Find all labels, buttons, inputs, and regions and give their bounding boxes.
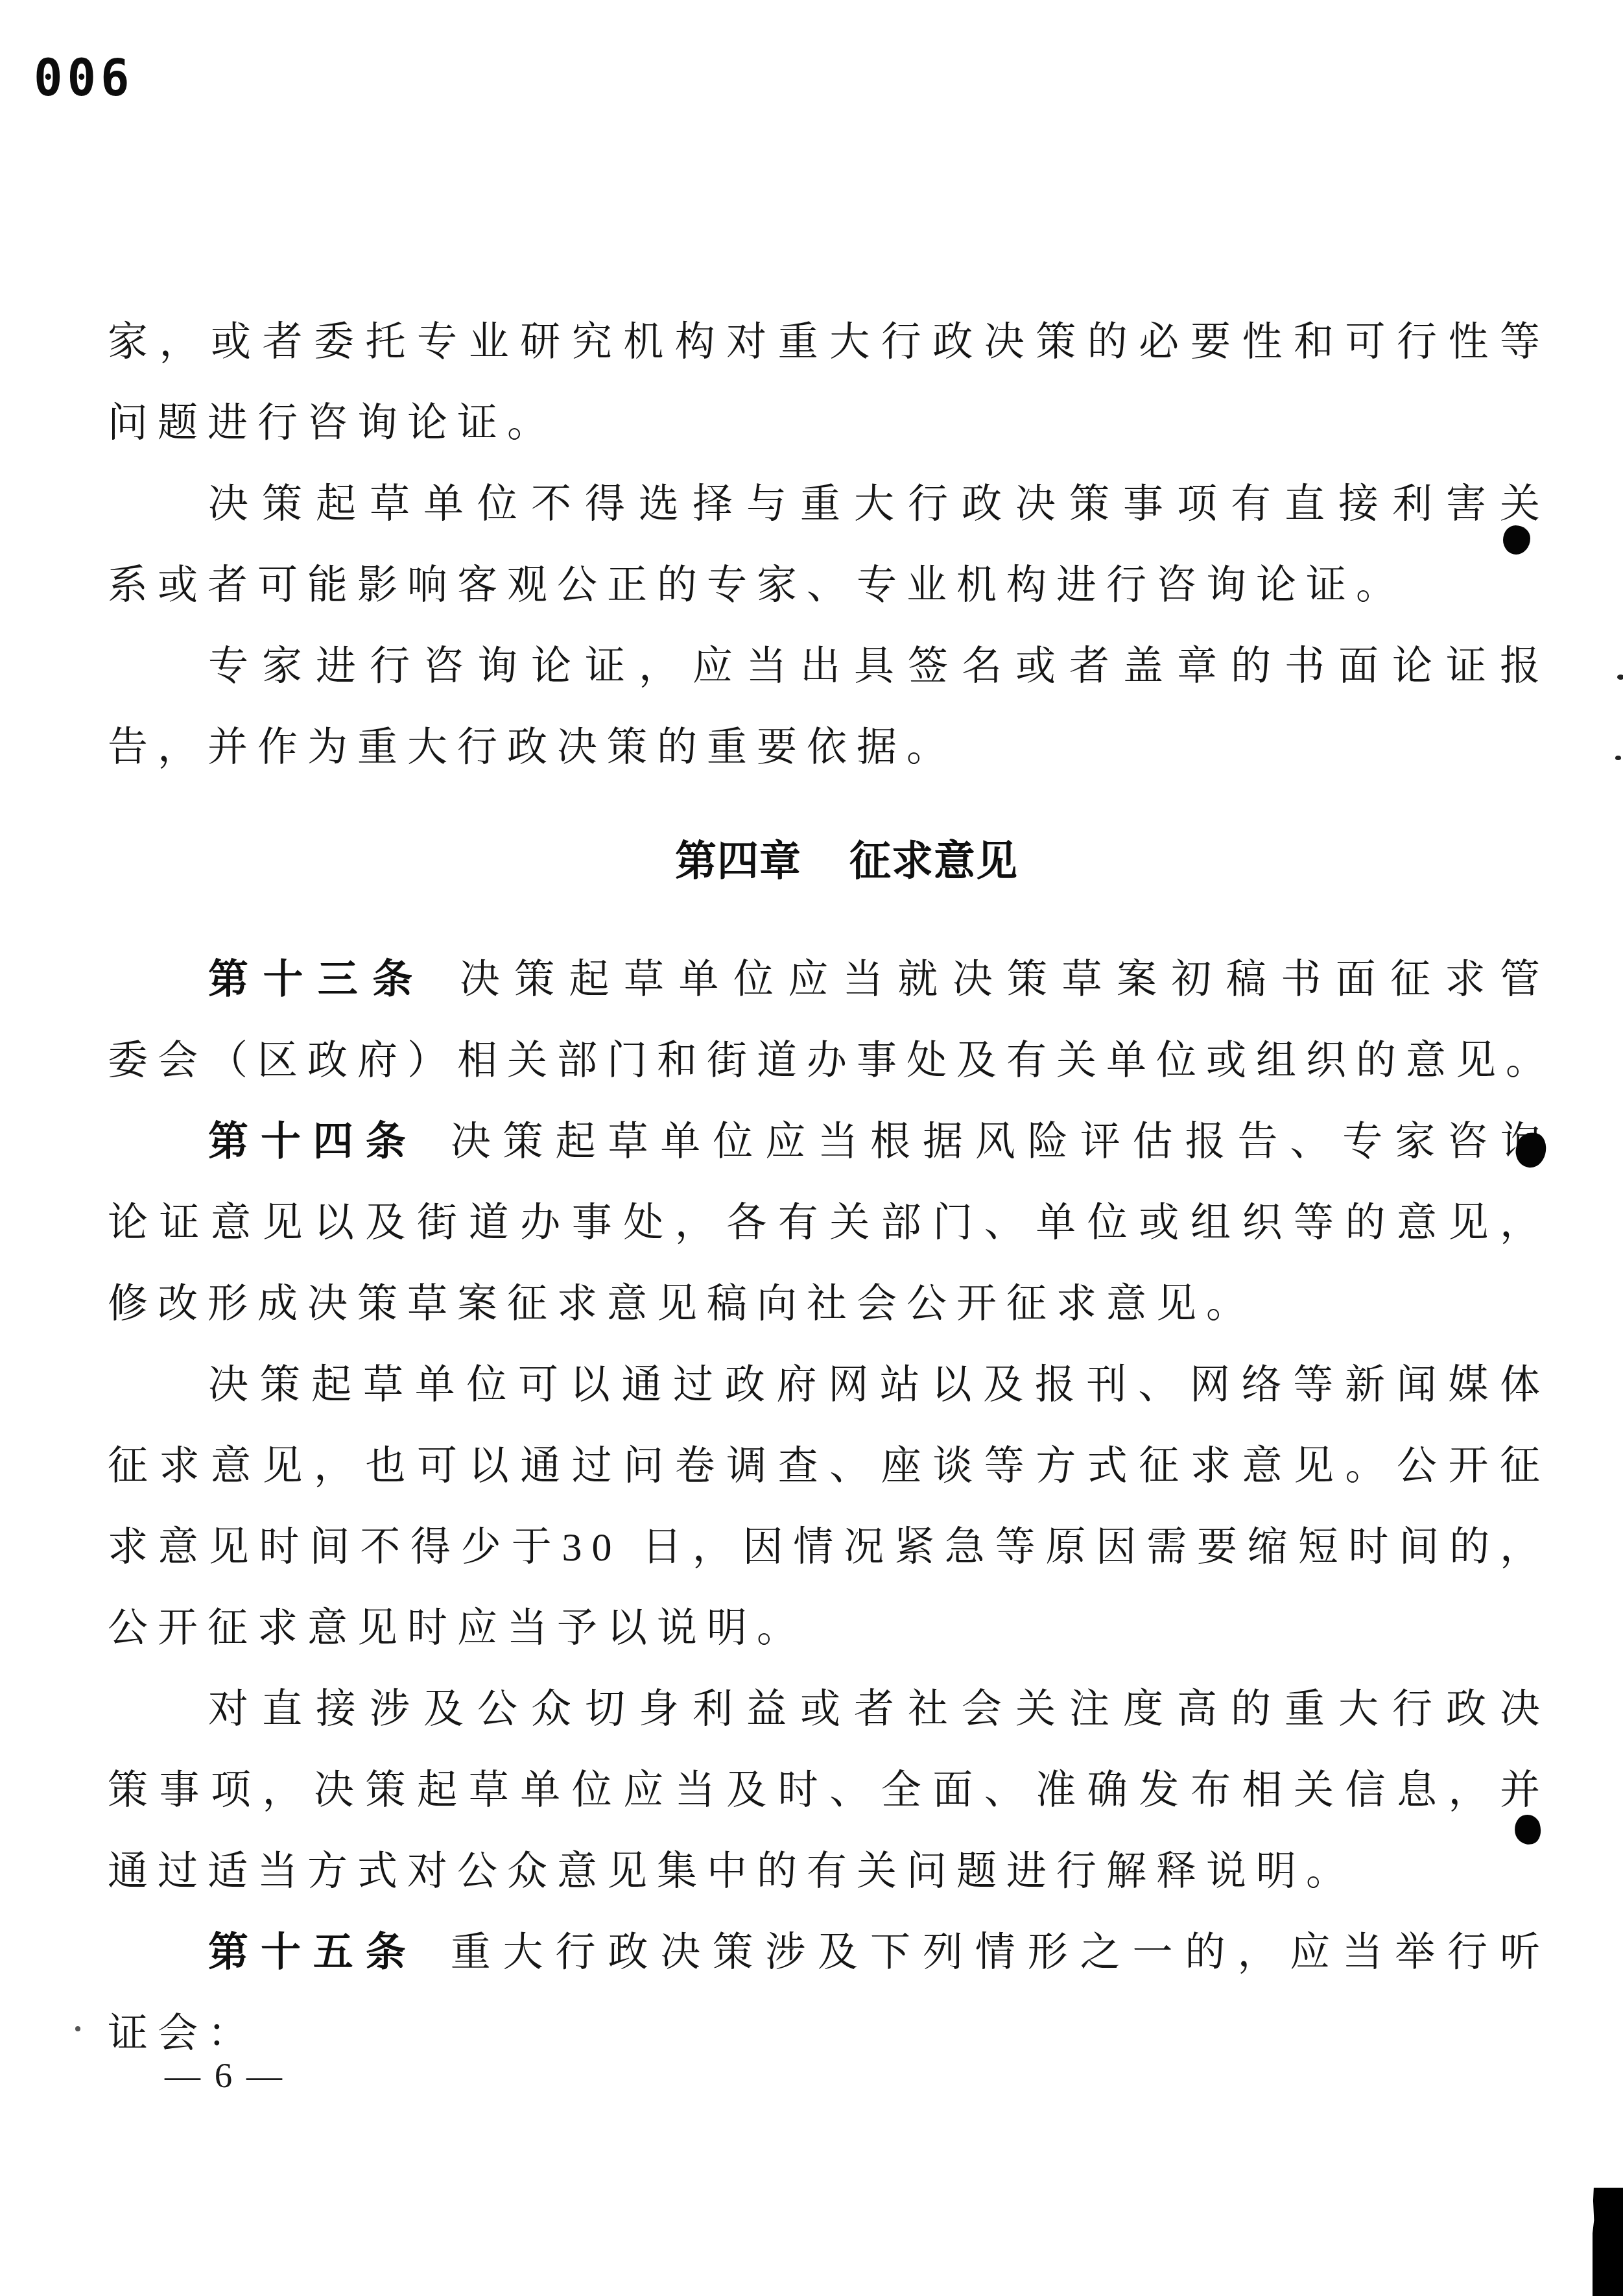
text-line: 征求意见，也可以通过问卷调查、座谈等方式征求意见。公开征 bbox=[108, 1443, 1550, 1495]
line-text: 专家进行咨询论证，应当出具签名或者盖章的书面论证报 bbox=[208, 645, 1550, 689]
document-body: 家，或者委托专业研究机构对重大行政决策的必要性和可行性等问题进行咨询论证。决策起… bbox=[0, 0, 1623, 2296]
text-line: 决策起草单位不得选择与重大行政决策事项有直接利害关 bbox=[108, 481, 1550, 533]
text-line: 委会（区政府）相关部门和街道办事处及有关单位或组织的意见。 bbox=[108, 1038, 1550, 1090]
line-text: 委会（区政府）相关部门和街道办事处及有关单位或组织的意见。 bbox=[108, 1039, 1556, 1083]
article-number-label: 第十三条 bbox=[208, 957, 427, 1002]
text-line: 论证意见以及街道办事处，各有关部门、单位或组织等的意见， bbox=[108, 1200, 1550, 1252]
article-number-label: 第十五条 bbox=[208, 1930, 418, 1975]
scan-corner-artifact bbox=[1593, 2188, 1623, 2296]
text-line: 对直接涉及公众切身利益或者社会关注度高的重大行政决 bbox=[108, 1686, 1550, 1738]
text-line: 决策起草单位可以通过政府网站以及报刊、网络等新闻媒体 bbox=[108, 1362, 1550, 1414]
line-text: 告，并作为重大行政决策的重要依据。 bbox=[108, 726, 956, 770]
line-text: 证会： bbox=[108, 2012, 257, 2056]
scanned-document-page: 006 家，或者委托专业研究机构对重大行政决策的必要性和可行性等问题进行咨询论证… bbox=[0, 0, 1623, 2296]
text-line: 家，或者委托专业研究机构对重大行政决策的必要性和可行性等 bbox=[108, 319, 1550, 371]
line-text: 修改形成决策草案征求意见稿向社会公开征求意见。 bbox=[108, 1282, 1256, 1326]
line-text: 策事项，决策起草单位应当及时、全面、准确发布相关信息，并 bbox=[108, 1769, 1550, 1813]
line-text: 征求意见，也可以通过问卷调查、座谈等方式征求意见。公开征 bbox=[108, 1444, 1550, 1489]
chapter-title: 征求意见 bbox=[849, 837, 1018, 884]
ink-speck bbox=[75, 2026, 80, 2031]
line-text: 对直接涉及公众切身利益或者社会关注度高的重大行政决 bbox=[208, 1688, 1550, 1732]
line-text: 重大行政决策涉及下列情形之一的，应当举行听 bbox=[451, 1931, 1550, 1975]
text-line: 修改形成决策草案征求意见稿向社会公开征求意见。 bbox=[108, 1281, 1550, 1333]
page-footer: — 6 — bbox=[165, 2055, 285, 2096]
chapter-heading: 第四章征求意见 bbox=[675, 837, 1018, 884]
text-line: 专家进行咨询论证，应当出具签名或者盖章的书面论证报 bbox=[108, 643, 1550, 695]
text-line: 证会： bbox=[108, 2011, 1550, 2063]
line-text: 求意见时间不得少于30 日，因情况紧急等原因需要缩短时间的， bbox=[108, 1525, 1550, 1570]
text-line: 求意见时间不得少于30 日，因情况紧急等原因需要缩短时间的， bbox=[108, 1524, 1550, 1576]
text-line: 策事项，决策起草单位应当及时、全面、准确发布相关信息，并 bbox=[108, 1767, 1550, 1819]
line-text: 系或者可能影响客观公正的专家、专业机构进行咨询论证。 bbox=[108, 564, 1406, 608]
line-text: 通过适当方式对公众意见集中的有关问题进行解释说明。 bbox=[108, 1850, 1356, 1894]
text-line: 问题进行咨询论证。 bbox=[108, 400, 1550, 452]
text-line: 第十三条决策起草单位应当就决策草案初稿书面征求管 bbox=[108, 957, 1550, 1009]
text-line: 告，并作为重大行政决策的重要依据。 bbox=[108, 724, 1550, 776]
line-text: 决策起草单位应当就决策草案初稿书面征求管 bbox=[460, 958, 1550, 1002]
article-number-label: 第十四条 bbox=[208, 1119, 418, 1164]
line-text: 论证意见以及街道办事处，各有关部门、单位或组织等的意见， bbox=[108, 1201, 1550, 1245]
text-line: 第十五条重大行政决策涉及下列情形之一的，应当举行听 bbox=[108, 1930, 1550, 1981]
text-line: 系或者可能影响客观公正的专家、专业机构进行咨询论证。 bbox=[108, 562, 1550, 614]
line-text: 问题进行咨询论证。 bbox=[108, 401, 557, 446]
text-line: 通过适当方式对公众意见集中的有关问题进行解释说明。 bbox=[108, 1848, 1550, 1900]
line-text: 家，或者委托专业研究机构对重大行政决策的必要性和可行性等 bbox=[108, 320, 1550, 365]
line-text: 决策起草单位可以通过政府网站以及报刊、网络等新闻媒体 bbox=[208, 1363, 1550, 1407]
ink-speck bbox=[1617, 675, 1623, 680]
ink-speck bbox=[1615, 756, 1621, 760]
text-line: 公开征求意见时应当予以说明。 bbox=[108, 1605, 1550, 1657]
line-text: 决策起草单位应当根据风险评估报告、专家咨询 bbox=[451, 1120, 1550, 1164]
text-line: 第十四条决策起草单位应当根据风险评估报告、专家咨询 bbox=[108, 1119, 1550, 1171]
line-text: 决策起草单位不得选择与重大行政决策事项有直接利害关 bbox=[208, 483, 1550, 527]
chapter-number: 第四章 bbox=[675, 837, 801, 884]
line-text: 公开征求意见时应当予以说明。 bbox=[108, 1607, 807, 1651]
